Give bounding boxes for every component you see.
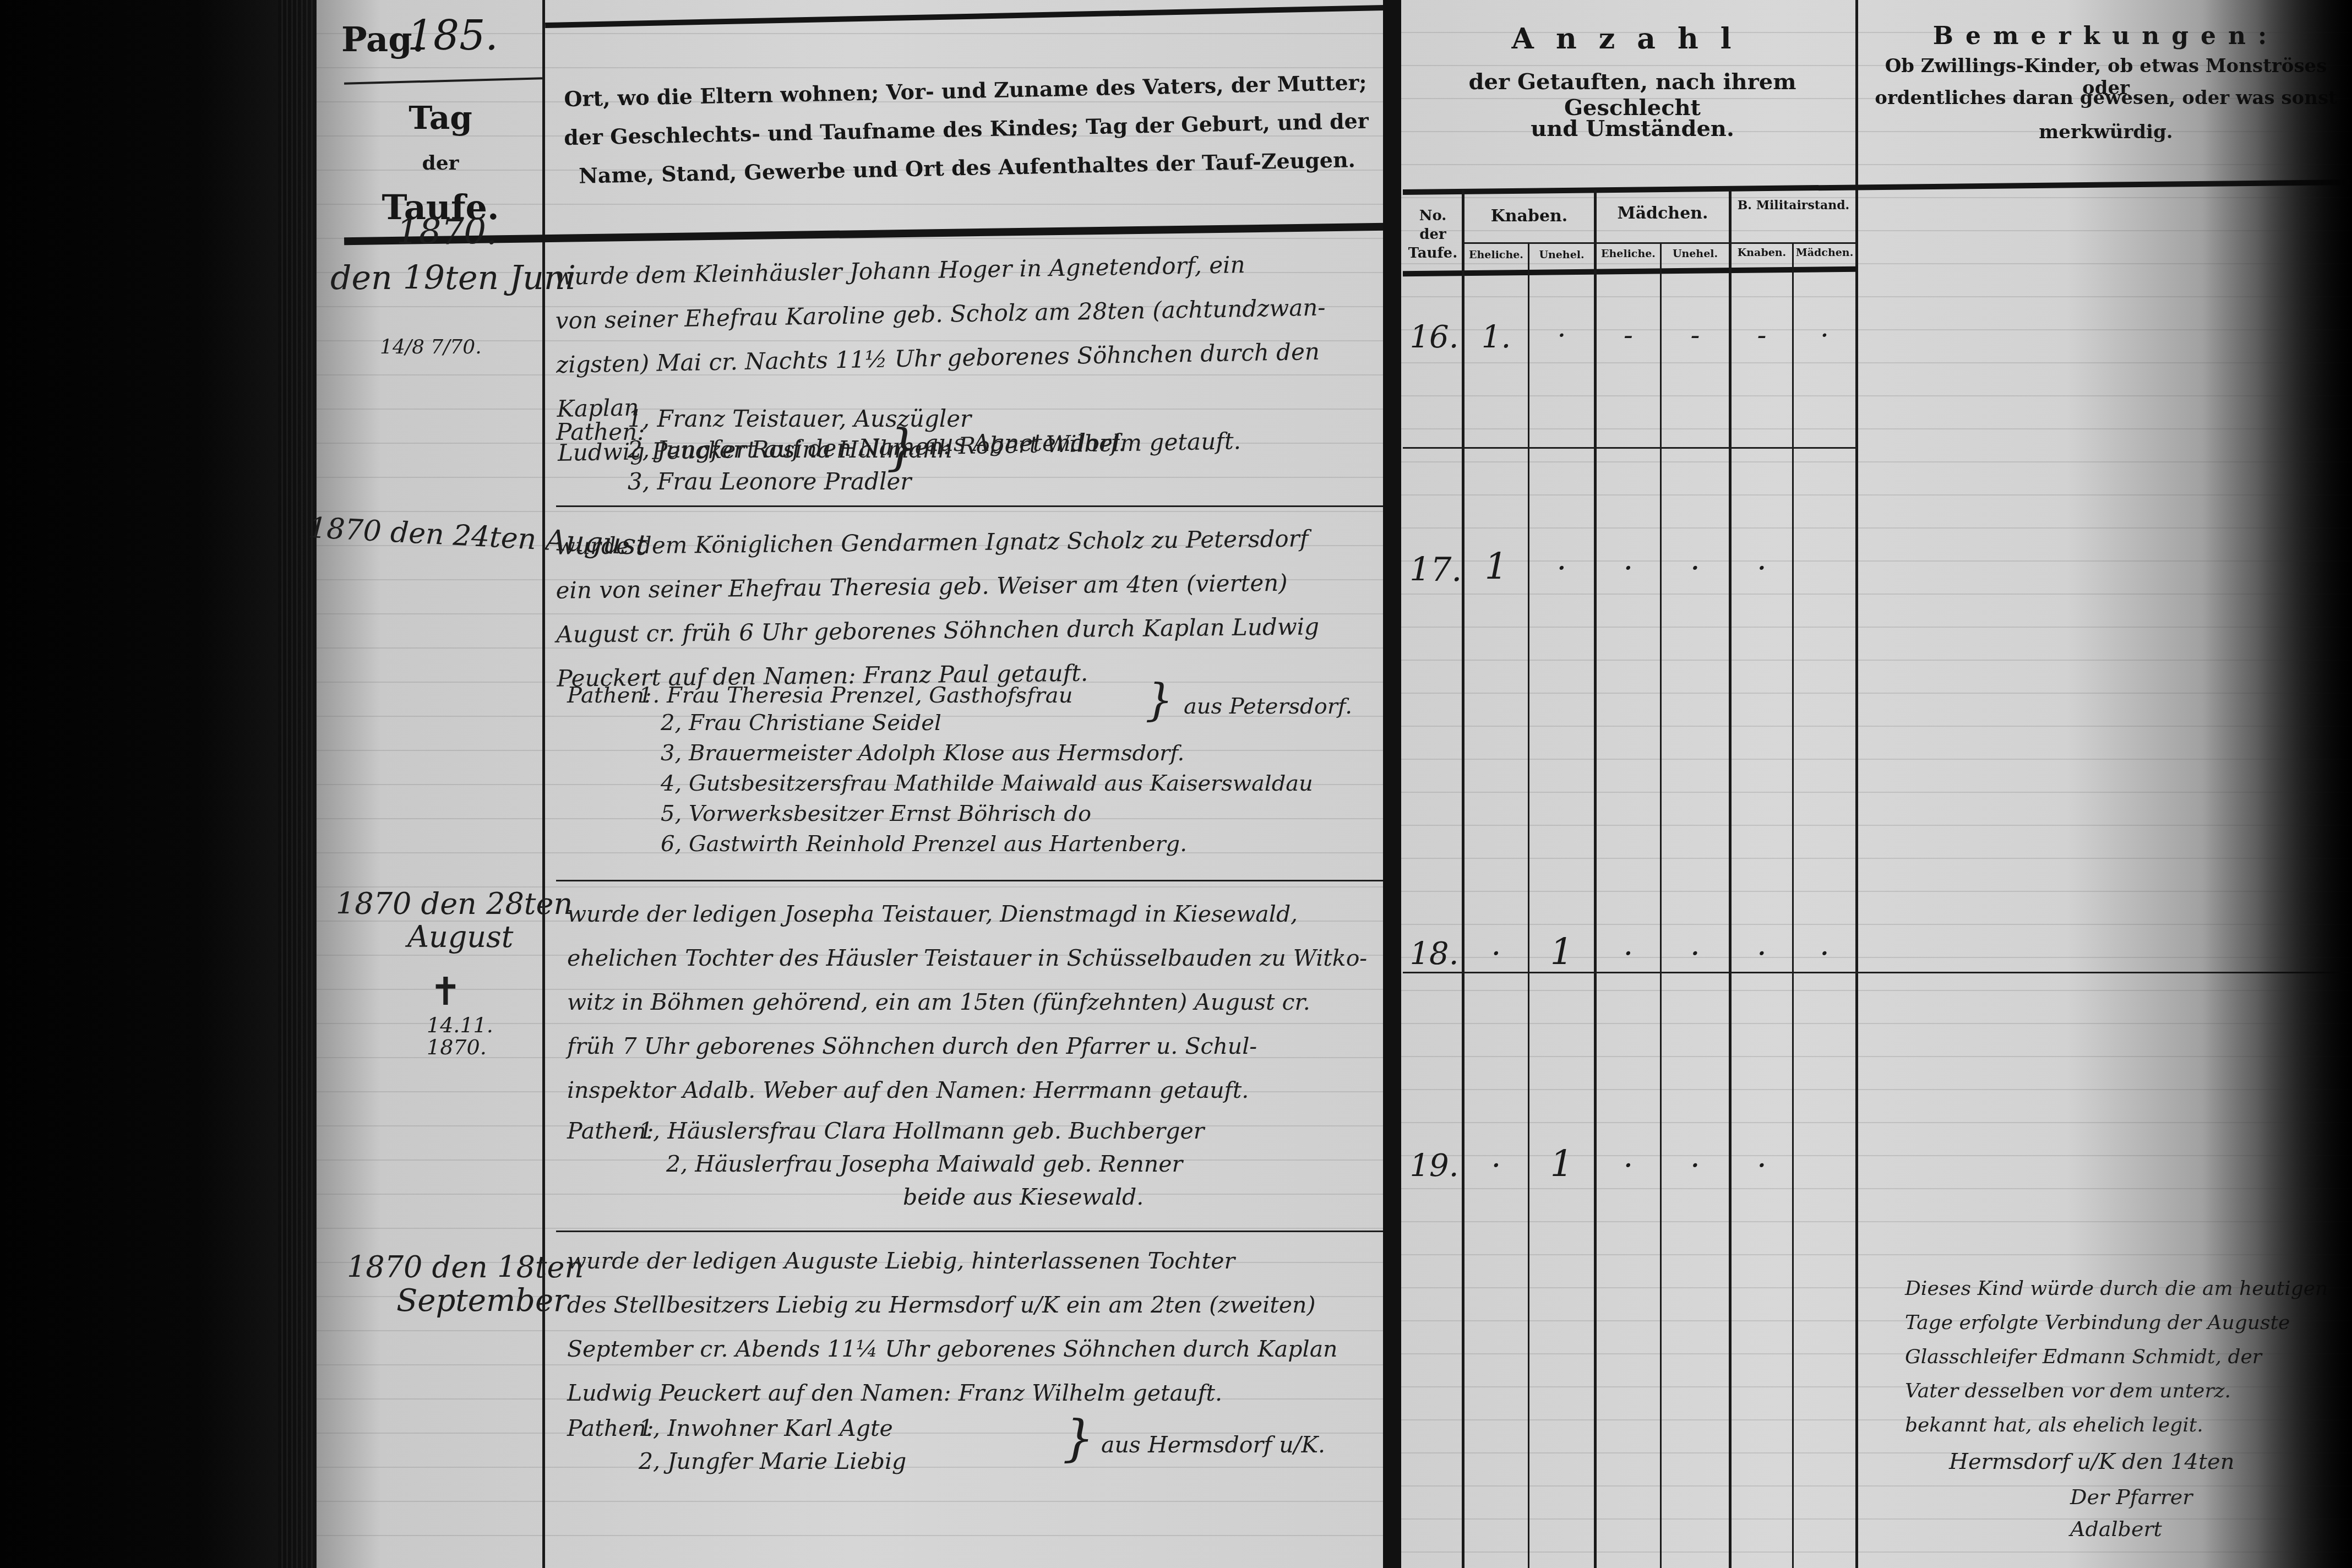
death-cross-icon: ✝	[429, 969, 462, 1014]
page-gutter	[1383, 0, 1403, 1568]
entry-4-godparents-place: aus Hermsdorf u/K.	[1101, 1431, 1325, 1458]
sub-header-maedchen-unehel: Unehel.	[1662, 248, 1729, 260]
remarks-column-divider	[1855, 0, 1858, 1568]
maedchen-header: Mädchen.	[1597, 204, 1729, 223]
row-number: 18.	[1409, 936, 1459, 972]
entry-separator	[556, 880, 1385, 881]
count-cell: ·	[1529, 551, 1594, 586]
no-header-line1: No.	[1404, 206, 1462, 225]
no-header: No. der Taufe.	[1404, 206, 1462, 263]
entry-3-godparent-1: 1, Häuslersfrau Clara Hollmann geb. Buch…	[639, 1118, 1204, 1144]
count-header-title: Anzahl	[1409, 22, 1855, 56]
entry-3-godparent-2: 2, Häuslerfrau Josepha Maiwald geb. Renn…	[666, 1151, 1183, 1177]
subheader-rule	[1464, 242, 1855, 244]
page-edges	[278, 0, 317, 1568]
sub-header-maedchen-eheliche: Eheliche.	[1597, 248, 1660, 260]
year-note: 1870.	[396, 212, 497, 253]
entry-3-line: wurde der ledigen Josepha Teistauer, Die…	[567, 892, 1382, 936]
entry-3-line: inspektor Adalb. Weber auf den Namen: He…	[567, 1068, 1382, 1112]
entry-3-date-line1: 1870 den 28ten	[336, 886, 573, 921]
no-header-line2: der	[1404, 225, 1462, 244]
entry-3-line: witz in Böhmen gehörend, ein am 15ten (f…	[567, 980, 1382, 1024]
entry-2-line: ein von seiner Ehefrau Theresia geb. Wei…	[556, 560, 1376, 613]
entry-2-godparent-4: 4, Gutsbesitzersfrau Mathilde Maiwald au…	[661, 771, 1313, 796]
entry-3-death-date-line1: 14.11.	[427, 1013, 493, 1037]
count-cell: -	[1662, 319, 1729, 351]
entry-2-godparent-6: 6, Gastwirth Reinhold Prenzel aus Harten…	[661, 831, 1187, 857]
entry-column-header: Ort, wo die Eltern wohnen; Vor- und Zuna…	[555, 63, 1378, 195]
sub-header-militair-knaben: Knaben.	[1732, 247, 1792, 259]
count-cell: ·	[1597, 1148, 1660, 1184]
count-cell: ·	[1597, 551, 1660, 586]
count-cell: ·	[1662, 936, 1729, 972]
entry-4-body: wurde der ledigen Auguste Liebig, hinter…	[567, 1239, 1382, 1415]
vignette	[2202, 0, 2352, 1568]
entry-4-godparent-1: 1, Inwohner Karl Agte	[639, 1415, 893, 1441]
count-cell: ·	[1662, 1148, 1729, 1184]
entry-1-godparents-place: aus Agnetendorf.	[925, 429, 1126, 456]
count-cell: -	[1732, 319, 1792, 351]
sub-header-knaben-unehel: Unehel.	[1529, 249, 1594, 261]
entry-2-line: August cr. früh 6 Uhr geborenes Söhnchen…	[556, 604, 1377, 657]
count-cell: ·	[1732, 1148, 1792, 1184]
sub-header-knaben-eheliche: Eheliche.	[1464, 249, 1528, 261]
count-cell: ·	[1597, 936, 1660, 972]
date-header-line2: der	[385, 151, 496, 175]
entry-1-godparent-3: 3, Frau Leonore Pradler	[628, 468, 911, 495]
entry-4-godparent-2: 2, Jungfer Marie Liebig	[639, 1448, 906, 1474]
entry-1-godparent-1: 1, Franz Teistauer, Auszügler	[628, 402, 971, 436]
col-divider	[1528, 242, 1529, 1568]
col-divider	[1594, 190, 1597, 1568]
count-cell: 1.	[1464, 319, 1528, 355]
col-divider	[1660, 242, 1662, 1568]
entry-2-godparent-1: 1. Frau Theresia Prenzel, Gasthofsfrau	[639, 683, 1072, 708]
entry-4-date-line2: September	[396, 1283, 568, 1319]
row-number: 17.	[1409, 551, 1459, 589]
entry-4-date-line1: 1870 den 18ten	[347, 1250, 584, 1284]
entry-2-body: wurde dem Königlichen Gendarmen Ignatz S…	[555, 516, 1377, 701]
entry-1-margin-note: 14/8 7/70.	[380, 336, 482, 358]
no-header-line3: Taufe.	[1404, 244, 1462, 263]
row-number: 19.	[1409, 1148, 1459, 1184]
militair-header: B. Militairstand.	[1732, 198, 1855, 213]
count-cell: 1	[1464, 545, 1528, 587]
count-cell: ·	[1464, 1148, 1528, 1184]
entry-1-date: den 19ten Juni	[330, 259, 576, 297]
count-cell: ·	[1464, 936, 1528, 972]
page-number: 185.	[407, 12, 498, 59]
entry-3-godparents-place: beide aus Kiesewald.	[903, 1184, 1144, 1210]
entry-3-death-date-line2: 1870.	[427, 1035, 487, 1059]
row-number: 16.	[1409, 319, 1459, 355]
col-divider	[1462, 190, 1464, 1568]
entry-2-godparent-3: 3, Brauermeister Adolph Klose aus Hermsd…	[661, 741, 1184, 766]
entry-separator	[556, 1231, 1385, 1232]
count-cell: ·	[1529, 319, 1594, 351]
entry-3-body: wurde der ledigen Josepha Teistauer, Die…	[567, 892, 1382, 1112]
count-header-subtitle-2: und Umständen.	[1409, 116, 1855, 141]
entry-2-line: wurde dem Königlichen Gendarmen Ignatz S…	[555, 516, 1376, 569]
count-cell: 1	[1529, 1142, 1594, 1185]
brace: }	[1063, 1409, 1094, 1467]
brace: }	[886, 418, 918, 476]
entry-2-godparent-5: 5, Vorwerksbesitzer Ernst Böhrisch do	[661, 801, 1091, 826]
entry-4-line: September cr. Abends 11¼ Uhr geborenes S…	[567, 1327, 1382, 1371]
count-cell: ·	[1662, 551, 1729, 586]
col-divider	[1792, 242, 1794, 1568]
count-header-subtitle-1: der Getauften, nach ihrem Geschlecht	[1409, 69, 1855, 121]
entry-4-line: des Stellbesitzers Liebig zu Hermsdorf u…	[567, 1283, 1382, 1327]
entry-2-godparents-place: aus Petersdorf.	[1184, 694, 1352, 719]
col-divider	[1729, 190, 1732, 1568]
entry-3-line: früh 7 Uhr geborenes Söhnchen durch den …	[567, 1024, 1382, 1068]
entry-2-godparent-2: 2, Frau Christiane Seidel	[661, 710, 941, 736]
entry-4-line: Ludwig Peuckert auf den Namen: Franz Wil…	[567, 1371, 1382, 1415]
row-separator	[1403, 447, 1857, 449]
brace: }	[1145, 674, 1173, 726]
count-cell: ·	[1794, 319, 1855, 351]
entry-3-line: ehelichen Tochter des Häusler Teistauer …	[567, 936, 1382, 980]
entry-3-date-line2: August	[407, 919, 514, 954]
entry-4-line: wurde der ledigen Auguste Liebig, hinter…	[567, 1239, 1382, 1283]
knaben-header: Knaben.	[1464, 206, 1594, 226]
entry-separator	[556, 505, 1385, 507]
count-cell: ·	[1732, 551, 1792, 586]
count-cell: 1	[1529, 930, 1594, 973]
sub-header-militair-maedchen: Mädchen.	[1794, 247, 1855, 259]
date-header-line1: Tag	[385, 99, 496, 137]
count-cell: ·	[1794, 936, 1855, 972]
count-cell: -	[1597, 319, 1660, 351]
count-cell: ·	[1732, 936, 1792, 972]
